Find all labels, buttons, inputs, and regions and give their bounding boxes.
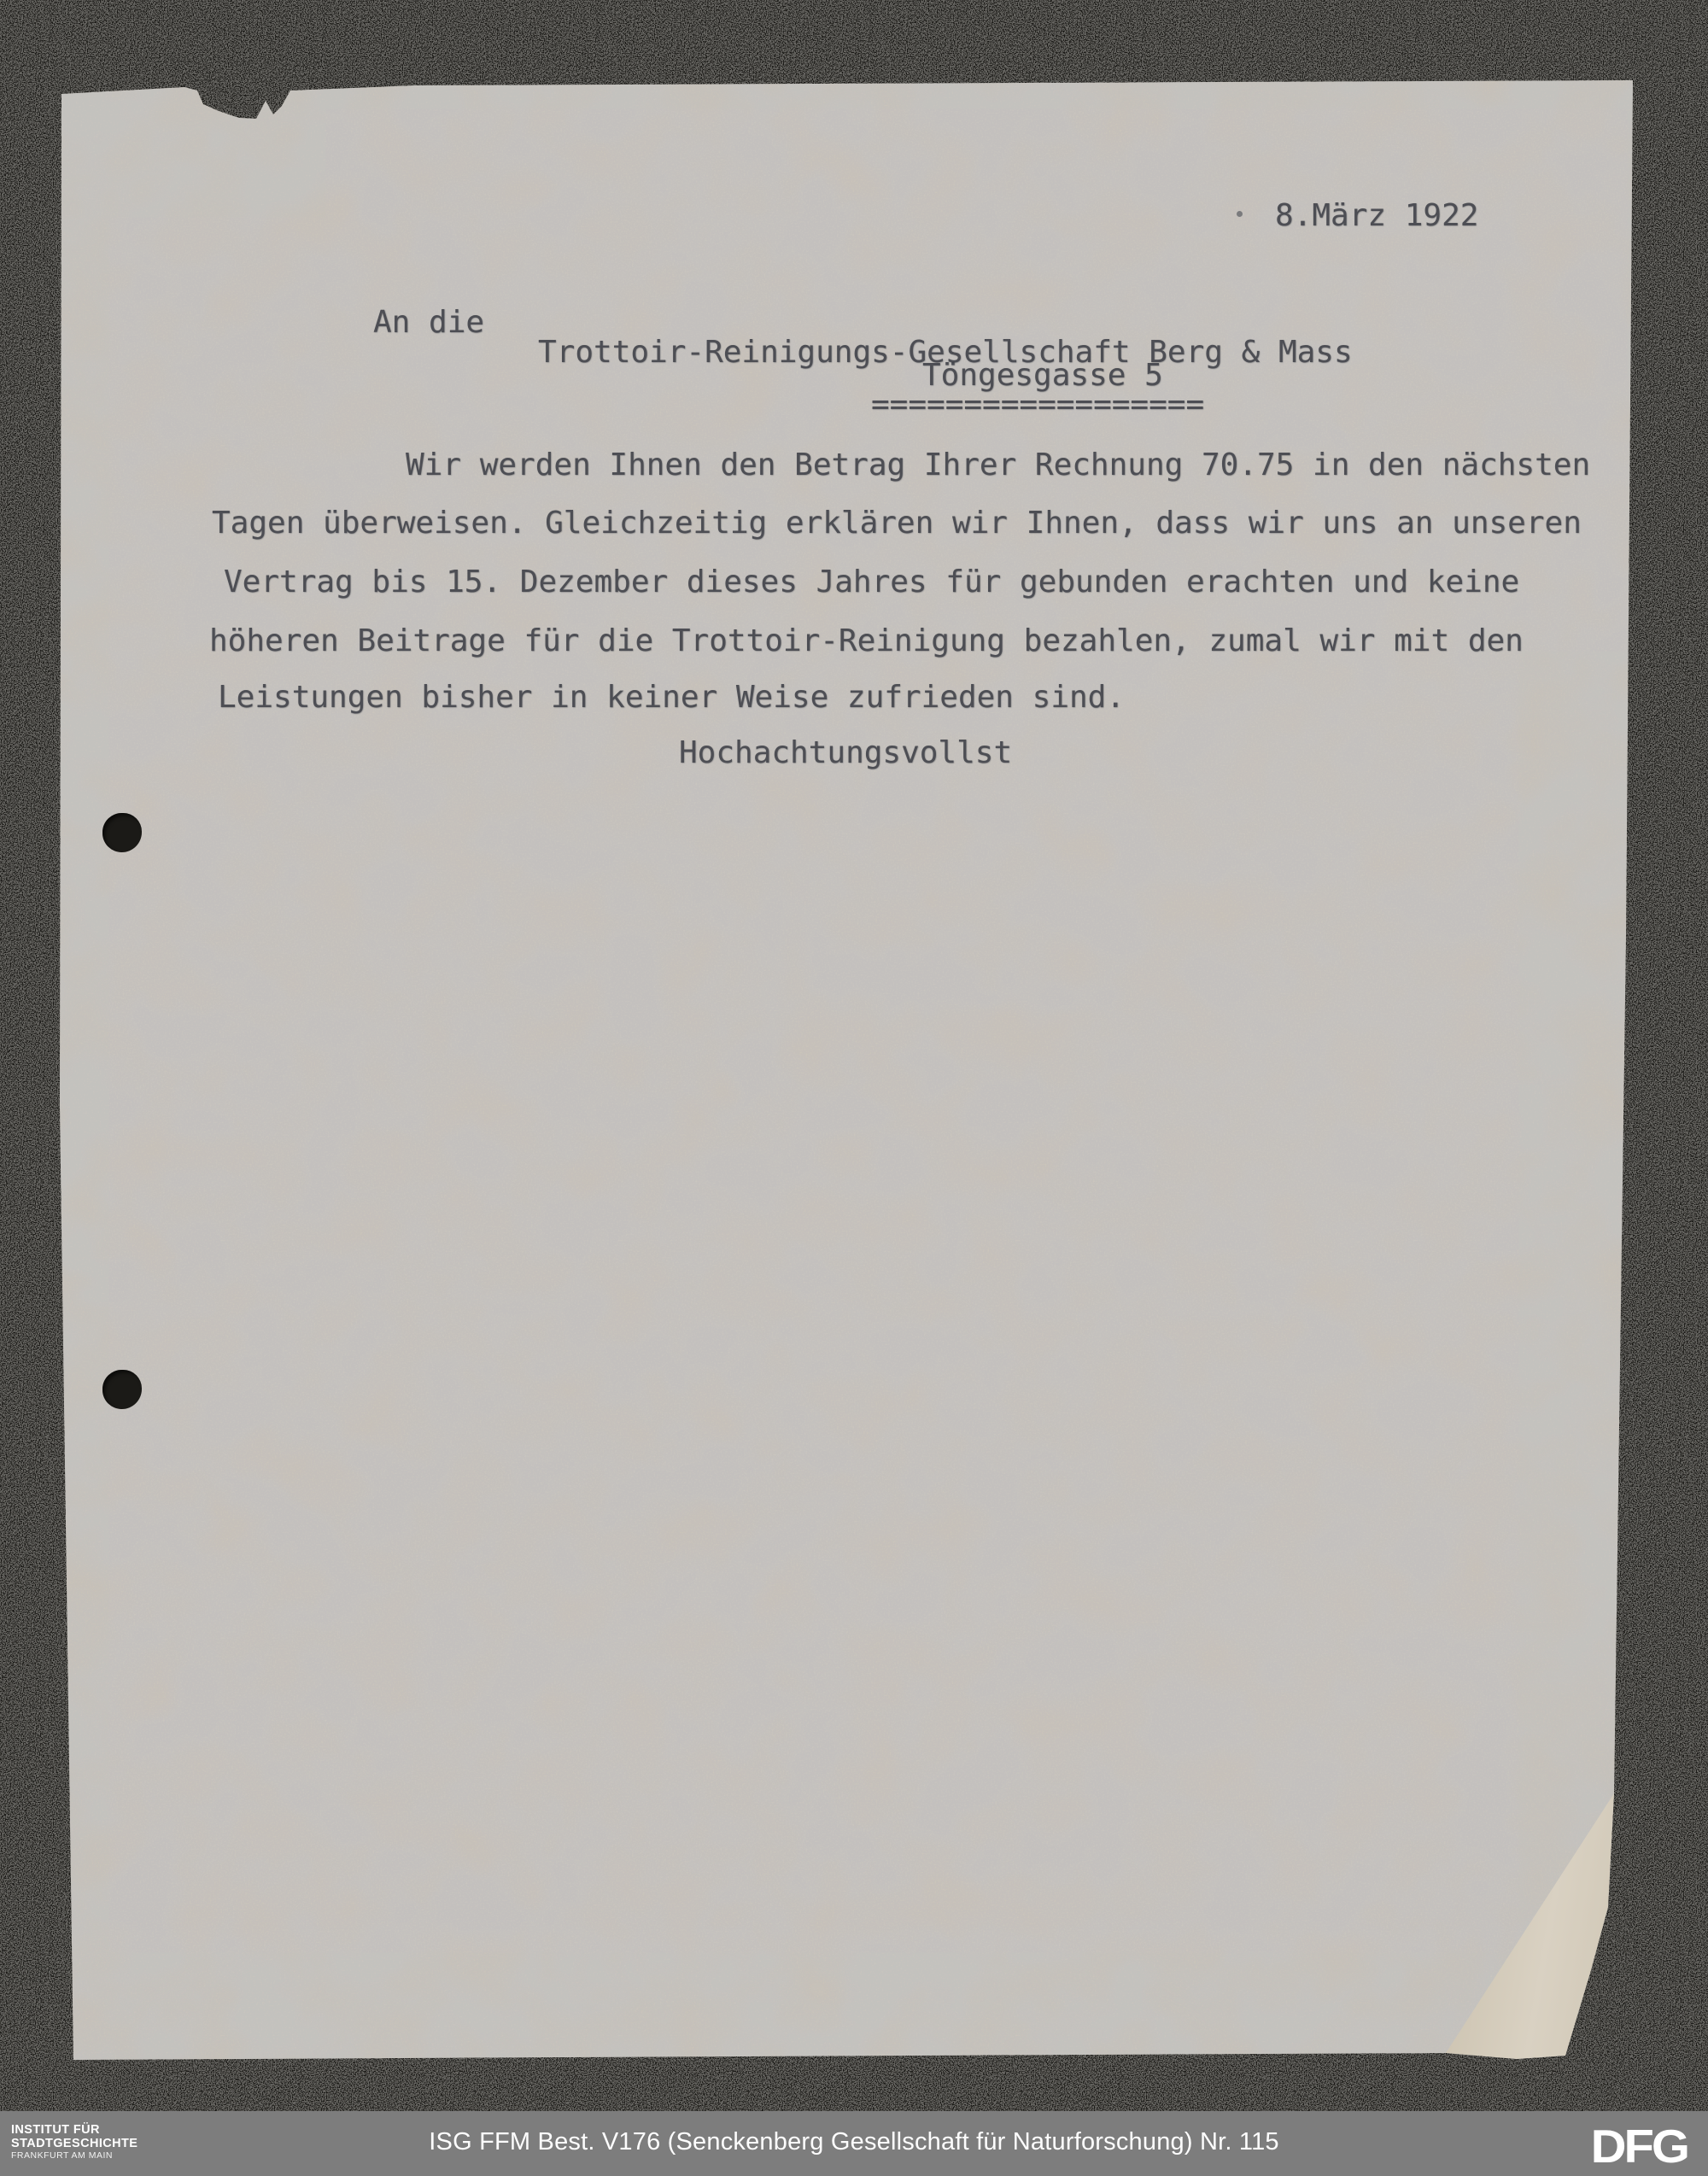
recipient-salutation: An die xyxy=(373,306,484,340)
scanned-letter-sheet: 8.März 1922 An die Trottoir-Reinigungs-G… xyxy=(56,80,1635,2062)
body-line: Tagen überweisen. Gleichzeitig erklären … xyxy=(212,506,1582,541)
ink-dot-artifact xyxy=(1237,211,1243,217)
archive-scan-page: { "document": { "date": "8.März 1922", "… xyxy=(0,0,1708,2176)
body-line: Leistungen bisher in keiner Weise zufrie… xyxy=(218,681,1125,715)
punch-hole-top xyxy=(102,813,142,852)
body-line: Wir werden Ihnen den Betrag Ihrer Rechnu… xyxy=(406,448,1590,483)
archive-reference-text: ISG FFM Best. V176 (Senckenberg Gesellsc… xyxy=(0,2128,1708,2156)
recipient-underline: ================== xyxy=(871,388,1204,422)
body-line: höheren Beitrage für die Trottoir-Reinig… xyxy=(209,624,1524,658)
letter-date: 8.März 1922 xyxy=(1275,199,1478,233)
archive-footer-band: INSTITUT FÜR STADTGESCHICHTE FRANKFURT A… xyxy=(0,2111,1708,2176)
letter-closing: Hochachtungsvollst xyxy=(679,736,1012,770)
paper-mottle-texture xyxy=(56,80,1635,2062)
punch-hole-bottom xyxy=(102,1370,142,1409)
body-line: Vertrag bis 15. Dezember dieses Jahres f… xyxy=(224,565,1519,600)
folded-corner xyxy=(1440,1788,1635,2062)
dfg-logo: DFG xyxy=(1591,2120,1688,2174)
